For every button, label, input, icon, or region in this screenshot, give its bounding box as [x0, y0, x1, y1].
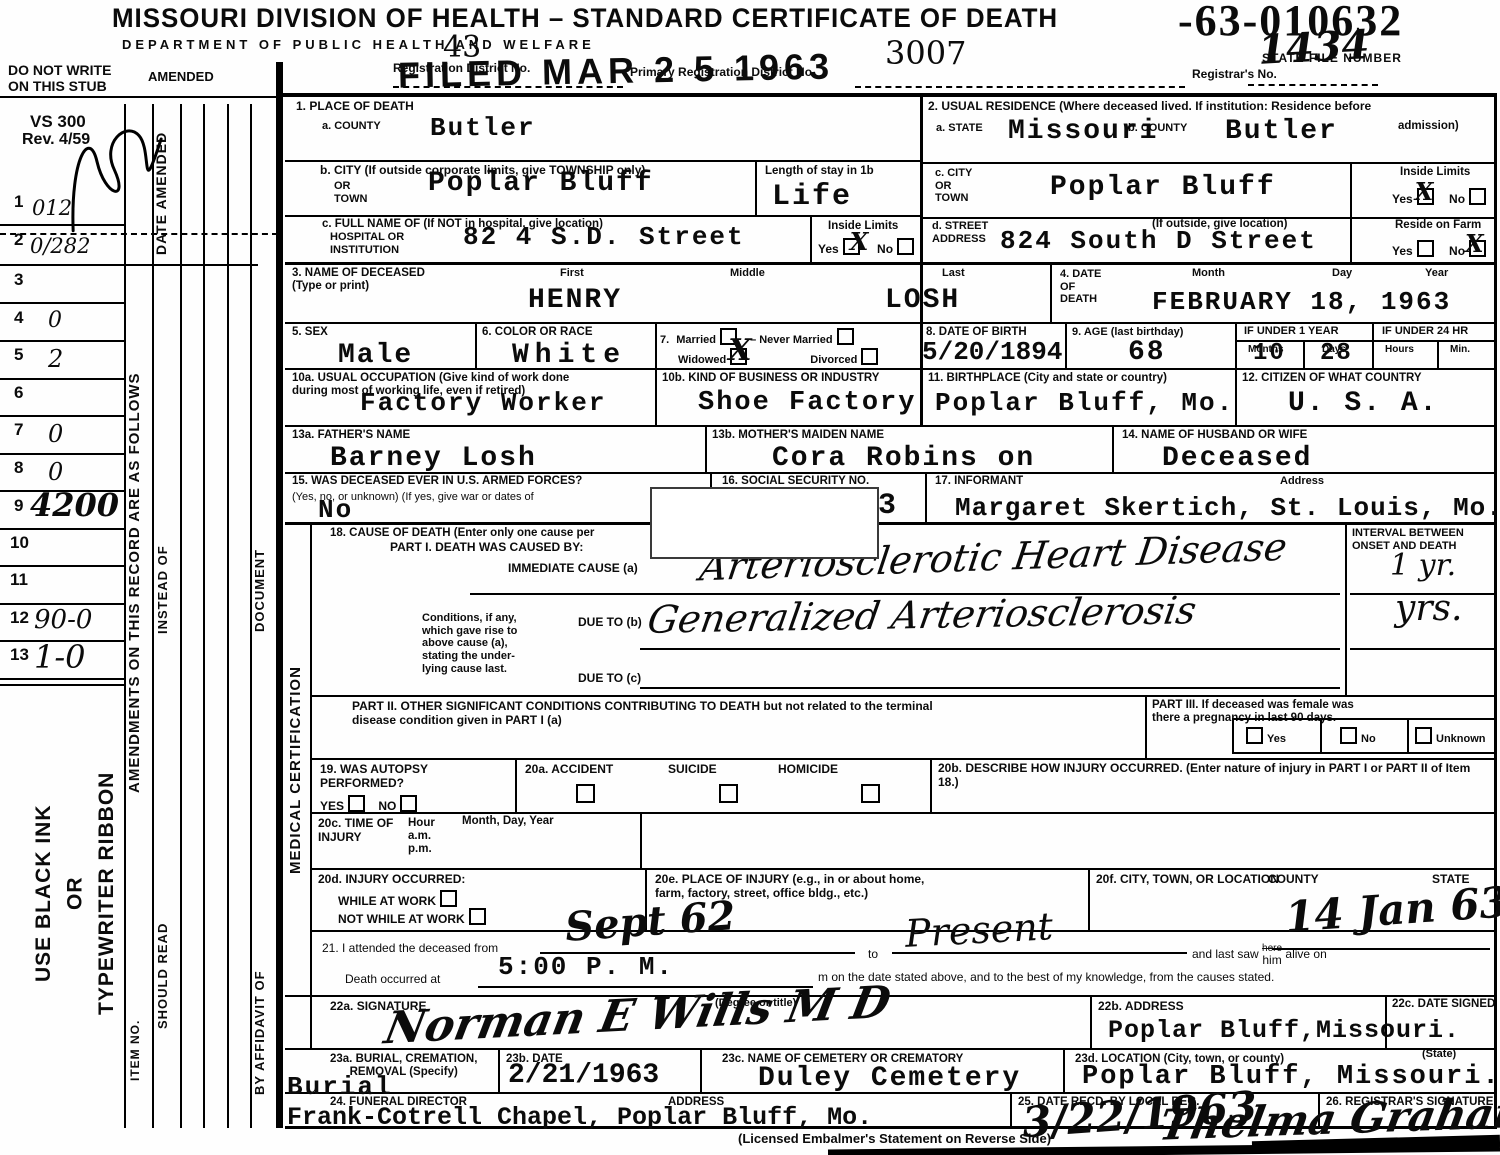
divider: [640, 812, 642, 868]
immediate-cause-label: IMMEDIATE CAUSE (a): [508, 562, 638, 576]
stub-row-number: 12: [10, 608, 29, 628]
divider: [0, 378, 124, 380]
last-saw-text-1: and last saw: [1192, 947, 1259, 961]
yes-checkbox: [1417, 240, 1434, 257]
married-label: Married: [676, 334, 716, 346]
pregnancy-unknown: Unknown: [1415, 727, 1486, 745]
item-no-label: ITEM NO.: [128, 1003, 142, 1098]
part1-label: PART I. DEATH WAS CAUSED BY:: [390, 541, 583, 555]
suicide-checkbox: [719, 784, 738, 803]
no-checkbox: [400, 795, 417, 812]
divider: [0, 340, 124, 342]
divider: [1320, 718, 1322, 754]
stub-row-value: 2: [48, 345, 63, 373]
registrar-no-value: 1434: [1257, 21, 1371, 74]
no-label: No: [1449, 244, 1465, 258]
burial-value: Burial: [287, 1072, 393, 1102]
stub-row-value: 0: [48, 308, 62, 333]
divider: [0, 96, 278, 98]
widowed-checkbox: X: [730, 348, 747, 365]
no-checkbox: [897, 238, 914, 255]
city-value: Poplar Bluff: [428, 168, 654, 199]
county-label: a. COUNTY: [322, 120, 381, 133]
state-value: Missouri: [1008, 116, 1158, 147]
days-value: 28: [1320, 340, 1353, 367]
citizen-value: U. S. A.: [1288, 388, 1438, 419]
last-alive-date-value: 14 Jan 63: [1284, 877, 1500, 941]
never-married-checkbox: [837, 328, 854, 345]
months-value: 10: [1253, 340, 1286, 367]
yes-label: YES: [320, 799, 344, 813]
divider: [705, 425, 707, 472]
divider: [152, 104, 154, 1128]
first-name-label: First: [560, 267, 584, 280]
if-under-24-hr-label: IF UNDER 24 HR: [1382, 325, 1468, 338]
should-read-label: SHOULD READ: [155, 893, 170, 1058]
state-label: a. STATE: [936, 122, 983, 135]
divider: [285, 368, 1497, 370]
amendments-label: AMENDMENTS ON THIS RECORD ARE AS FOLLOWS: [126, 295, 143, 870]
marital-row1: 7. Married – Never Married: [660, 328, 854, 346]
no-label: No: [877, 242, 893, 256]
stub-row-number: 10: [10, 533, 29, 553]
divider: [1437, 340, 1439, 368]
inside-limits-checkgroup: YesX No: [818, 238, 914, 256]
informant-address-label: Address: [1280, 475, 1324, 488]
if-under-1-year-label: IF UNDER 1 YEAR: [1244, 325, 1339, 338]
cemetery-location-value: Poplar Bluff, Missouri.: [1082, 1062, 1500, 1092]
no-checkbox: [1340, 727, 1357, 744]
divider: [1232, 752, 1494, 754]
father-name-label: 13a. FATHER'S NAME: [292, 429, 410, 442]
divider: [810, 215, 812, 264]
divider: [855, 86, 1185, 88]
stub-row-value: 1-0: [34, 638, 86, 676]
yes-checkbox: X: [843, 238, 860, 255]
do-not-write-label: DO NOT WRITE ON THIS STUB: [8, 62, 111, 94]
divider: [1235, 322, 1237, 425]
no-label: No: [1449, 192, 1465, 206]
yes-label: Yes: [1392, 192, 1413, 206]
street-address-label: d. STREET ADDRESS: [932, 220, 988, 245]
signature-address-value: Poplar Bluff,Missouri.: [1108, 1016, 1460, 1045]
divider: [1010, 1092, 1012, 1128]
divider: [1350, 648, 1495, 650]
mother-name-label: 13b. MOTHER'S MAIDEN NAME: [712, 429, 884, 442]
divider: [1303, 340, 1305, 368]
divider: [515, 758, 517, 812]
x-mark: X: [1415, 180, 1434, 204]
divider: [1272, 948, 1490, 950]
stub-row-value: 0: [48, 420, 63, 448]
divider: [1088, 868, 1090, 930]
divider: [285, 160, 920, 162]
street-address-value: 824 South D Street: [1000, 226, 1317, 256]
residence-county-value: Butler: [1225, 116, 1338, 147]
residence-city-value: Poplar Bluff: [1050, 172, 1276, 203]
autopsy-label: 19. WAS AUTOPSY PERFORMED?: [320, 763, 428, 791]
middle-name-label: Middle: [730, 267, 765, 280]
divider: [1345, 522, 1347, 695]
divider: [227, 104, 229, 1128]
by-affidavit-label: BY AFFIDAVIT OF: [252, 948, 267, 1118]
length-of-stay-value: Life: [772, 180, 852, 214]
divorced-checkbox: [861, 348, 878, 365]
attended-to-label: to: [868, 948, 878, 962]
divider: [310, 812, 1497, 814]
never-married-label: – Never Married: [750, 334, 833, 346]
divider: [0, 678, 124, 680]
stub-row-value: 4200: [30, 486, 119, 524]
first-name-value: HENRY: [528, 285, 622, 316]
stub-row-number: 1: [14, 192, 23, 212]
yes-label: Yes: [1392, 244, 1413, 258]
divider: [930, 758, 932, 812]
stub-row-number: 13: [10, 645, 29, 665]
stub-row-number: 3: [14, 270, 23, 290]
divider: [1407, 718, 1409, 754]
divider: [1090, 995, 1092, 1048]
death-time-value: 5:00 P. M.: [498, 952, 674, 982]
yes-checkbox: X: [1417, 188, 1434, 205]
divider: [640, 687, 1340, 689]
funeral-director-value: Frank-Cotrell Chapel, Poplar Bluff, Mo.: [287, 1103, 872, 1132]
divider: [0, 264, 258, 266]
divider: [285, 262, 1497, 265]
stub-separator-bar: [276, 62, 283, 1128]
birthplace-value: Poplar Bluff, Mo.: [935, 388, 1234, 418]
burial-date-value: 2/21/1963: [508, 1060, 659, 1091]
no-label: NO: [378, 799, 396, 813]
not-while-at-work-label: NOT WHILE AT WORK: [338, 912, 465, 926]
suicide-label: SUICIDE: [668, 763, 717, 777]
page-title: MISSOURI DIVISION OF HEALTH – STANDARD C…: [112, 3, 1058, 34]
time-of-injury-label: 20c. TIME OF INJURY: [318, 817, 393, 845]
length-of-stay-label: Length of stay in 1b: [765, 165, 874, 178]
due-to-b-value: Generalized Arteriosclerosis: [645, 588, 1200, 642]
instead-of-label: INSTEAD OF: [155, 522, 170, 657]
divider: [755, 160, 757, 217]
death-occurred-label: Death occurred at: [345, 973, 440, 987]
yes-label: Yes: [1267, 733, 1286, 745]
hospital-value: 82 4 S.D. Street: [463, 222, 745, 252]
divider: [920, 162, 1497, 164]
stub-row-number: 8: [14, 458, 23, 478]
no-label: No: [1361, 733, 1376, 745]
date-of-death-label: 4. DATE OF DEATH: [1060, 268, 1101, 306]
amended-label: AMENDED: [148, 70, 214, 85]
pregnancy-yes: Yes: [1246, 727, 1286, 745]
homicide-label: HOMICIDE: [778, 763, 838, 777]
divider: [0, 528, 124, 530]
divider: [700, 1048, 702, 1092]
armed-forces-value: No: [318, 495, 353, 525]
usual-residence-label2: admission): [1398, 120, 1459, 133]
stub-row-value: 0: [48, 458, 63, 486]
divider: [124, 104, 126, 1128]
business-label: 10b. KIND OF BUSINESS OR INDUSTRY: [662, 372, 879, 385]
while-at-work-checkbox: [440, 890, 457, 907]
part2-label: PART II. OTHER SIGNIFICANT CONDITIONS CO…: [352, 700, 1152, 728]
homicide-checkbox: [861, 784, 880, 803]
unknown-checkbox: [1415, 727, 1432, 744]
injury-date-label: Month, Day, Year: [462, 815, 554, 828]
divider: [1248, 84, 1378, 86]
signature-address-label: 22b. ADDRESS: [1098, 1000, 1184, 1014]
accident-label: 20a. ACCIDENT: [525, 763, 613, 777]
last-name-label: Last: [942, 267, 965, 280]
cemetery-value: Duley Cemetery: [758, 1063, 1021, 1094]
widowed-label: Widowed: [678, 354, 726, 366]
ssn-redaction-box: [650, 487, 879, 559]
hours-label: Hours: [1385, 344, 1414, 356]
accident-checkbox: [576, 784, 595, 803]
sex-label: 5. SEX: [292, 326, 328, 339]
date-signed-label: 22c. DATE SIGNED: [1392, 998, 1495, 1011]
divider: [1372, 322, 1374, 368]
stub-row-number: 6: [14, 383, 23, 403]
divider: [203, 104, 205, 1128]
attended-from-value: Sept 62: [564, 892, 737, 951]
spouse-value: Deceased: [1162, 443, 1312, 474]
residence-city-label: c. CITY OR TOWN: [935, 167, 972, 205]
divider: [250, 104, 252, 1128]
spouse-label: 14. NAME OF HUSBAND OR WIFE: [1122, 429, 1307, 442]
county-value: Butler: [430, 113, 536, 143]
month-label: Month: [1192, 267, 1225, 280]
informant-label: 17. INFORMANT: [935, 475, 1023, 488]
date-of-birth-value: 5/20/1894: [922, 337, 1062, 367]
divider: [1232, 718, 1234, 754]
use-black-ink-label: USE BLACK INK OR TYPEWRITER RIBBON: [28, 748, 123, 1038]
department-subtitle: DEPARTMENT OF PUBLIC HEALTH AND WELFARE: [122, 38, 595, 53]
divider: [285, 215, 920, 217]
document-label: DOCUMENT: [252, 518, 267, 663]
or-town-label: OR TOWN: [334, 180, 367, 205]
divider: [0, 565, 124, 567]
divider: [285, 425, 1497, 427]
autopsy-checkgroup: YES NO: [320, 795, 417, 813]
marital-number: 7.: [660, 334, 669, 346]
part3-label: PART III. If deceased was female was the…: [1152, 699, 1497, 725]
not-while-at-work-checkbox: [469, 908, 486, 925]
while-at-work: WHILE AT WORK: [338, 890, 457, 908]
divider: [1232, 718, 1494, 720]
ssn-visible-digit: 3: [878, 489, 898, 523]
birthplace-label: 11. BIRTHPLACE (City and state or countr…: [928, 372, 1167, 385]
divider: [920, 95, 923, 425]
hospital-label2: HOSPITAL OR INSTITUTION: [330, 231, 404, 256]
attended-to-value: Present: [904, 904, 1054, 956]
cause-of-death-label: 18. CAUSE OF DEATH (Enter only one cause…: [330, 527, 594, 540]
divider: [0, 302, 124, 304]
stub-row-value: 90-0: [34, 605, 92, 635]
death-certificate-document: MISSOURI DIVISION OF HEALTH – STANDARD C…: [0, 0, 1500, 1155]
stub-row-number: 4: [14, 308, 23, 328]
unknown-label: Unknown: [1436, 733, 1486, 745]
divider: [310, 522, 312, 1048]
divider: [1065, 322, 1067, 368]
attended-label: 21. I attended the deceased from: [322, 942, 498, 956]
divider: [498, 1048, 500, 1092]
mother-name-value: Cora Robins on: [772, 443, 1035, 474]
divider: [475, 322, 477, 368]
physician-signature: Norman E Wills M D: [380, 976, 894, 1054]
divider: [0, 684, 124, 686]
divider: [285, 322, 1497, 324]
residence-inside-checkgroup: YesX No: [1392, 188, 1486, 206]
sex-value: Male: [338, 340, 413, 371]
divider: [310, 868, 1497, 870]
divider: [1145, 695, 1147, 758]
stub-row-number: 11: [10, 570, 28, 590]
divider: [640, 648, 1340, 650]
stub-row-number: 5: [14, 345, 23, 365]
divider: [1050, 262, 1052, 324]
no-checkbox: [1469, 188, 1486, 205]
interval-b-value: yrs.: [1395, 588, 1462, 629]
year-label: Year: [1425, 267, 1448, 280]
occupation-value: Factory Worker: [360, 388, 606, 418]
divider: [0, 415, 124, 417]
marital-row2: WidowedX Divorced: [678, 348, 878, 366]
x-mark: X: [850, 230, 869, 254]
filed-stamp: FILED MAR 2 5 1963: [398, 45, 835, 96]
name-of-deceased-label: 3. NAME OF DECEASED (Type or print): [292, 267, 425, 293]
divider: [925, 472, 927, 522]
informant-value: Margaret Skertich, St. Louis, Mo.: [955, 493, 1500, 523]
divider: [1350, 162, 1352, 264]
age-value: 68: [1128, 337, 1166, 368]
divider: [1112, 425, 1114, 472]
divider: [180, 104, 182, 1128]
day-label: Day: [1332, 267, 1352, 280]
color-race-value: White: [512, 340, 626, 371]
injury-occurred-label: 20d. INJURY OCCURRED:: [318, 873, 465, 887]
citizen-label: 12. CITIZEN OF WHAT COUNTRY: [1242, 372, 1422, 385]
divider: [310, 695, 1497, 697]
father-name-value: Barney Losh: [330, 443, 537, 474]
place-of-death-label: 1. PLACE OF DEATH: [296, 100, 414, 114]
primary-district-value: 3007: [885, 34, 966, 72]
x-mark: X: [1465, 232, 1484, 256]
divider: [1494, 95, 1497, 1128]
stub-row-number: 7: [14, 420, 23, 440]
while-at-work-label: WHILE AT WORK: [338, 894, 436, 908]
yes-checkbox: [1246, 727, 1263, 744]
farm-checkgroup: Yes NoX: [1392, 240, 1486, 258]
divider: [1063, 1048, 1065, 1092]
interval-a-value: 1 yr.: [1390, 548, 1456, 583]
conditions-note: Conditions, if any, which gave rise to a…: [422, 612, 517, 675]
business-value: Shoe Factory: [698, 388, 916, 418]
armed-forces-label: 15. WAS DECEASED EVER IN U.S. ARMED FORC…: [292, 475, 582, 488]
stub-row-number: 9: [14, 496, 23, 516]
color-race-label: 6. COLOR OR RACE: [482, 326, 593, 339]
injury-hour-label: Hour a.m. p.m.: [408, 817, 435, 857]
date-of-death-value: FEBRUARY 18, 1963: [1152, 287, 1451, 317]
divider: [0, 453, 124, 455]
yes-label: Yes: [818, 242, 839, 256]
injury-city-label: 20f. CITY, TOWN, OR LOCATION: [1096, 873, 1279, 887]
yes-checkbox: [348, 795, 365, 812]
x-mark: X: [728, 336, 751, 366]
due-to-c-label: DUE TO (c): [578, 672, 641, 686]
min-label: Min.: [1450, 344, 1470, 356]
usual-residence-label: 2. USUAL RESIDENCE (Where deceased lived…: [928, 100, 1488, 114]
medical-certification-label: MEDICAL CERTIFICATION: [287, 555, 304, 985]
not-while-at-work: NOT WHILE AT WORK: [338, 908, 486, 926]
last-name-value: LOSH: [885, 285, 960, 316]
injury-county-label: COUNTY: [1268, 873, 1319, 887]
residence-inside-limits-label: Inside Limits: [1400, 166, 1470, 179]
divider: [310, 758, 1497, 760]
due-to-b-label: DUE TO (b): [578, 616, 642, 630]
pregnancy-no: No: [1340, 727, 1376, 745]
him-word: him: [1262, 954, 1282, 966]
divider: [655, 322, 657, 425]
footer-note: (Licensed Embalmer's Statement on Revers…: [738, 1132, 1051, 1147]
divorced-label: Divorced: [810, 354, 857, 366]
describe-injury-label: 20b. DESCRIBE HOW INJURY OCCURRED. (Ente…: [938, 762, 1488, 790]
no-checkbox: X: [1469, 240, 1486, 257]
divider: [920, 217, 1497, 219]
